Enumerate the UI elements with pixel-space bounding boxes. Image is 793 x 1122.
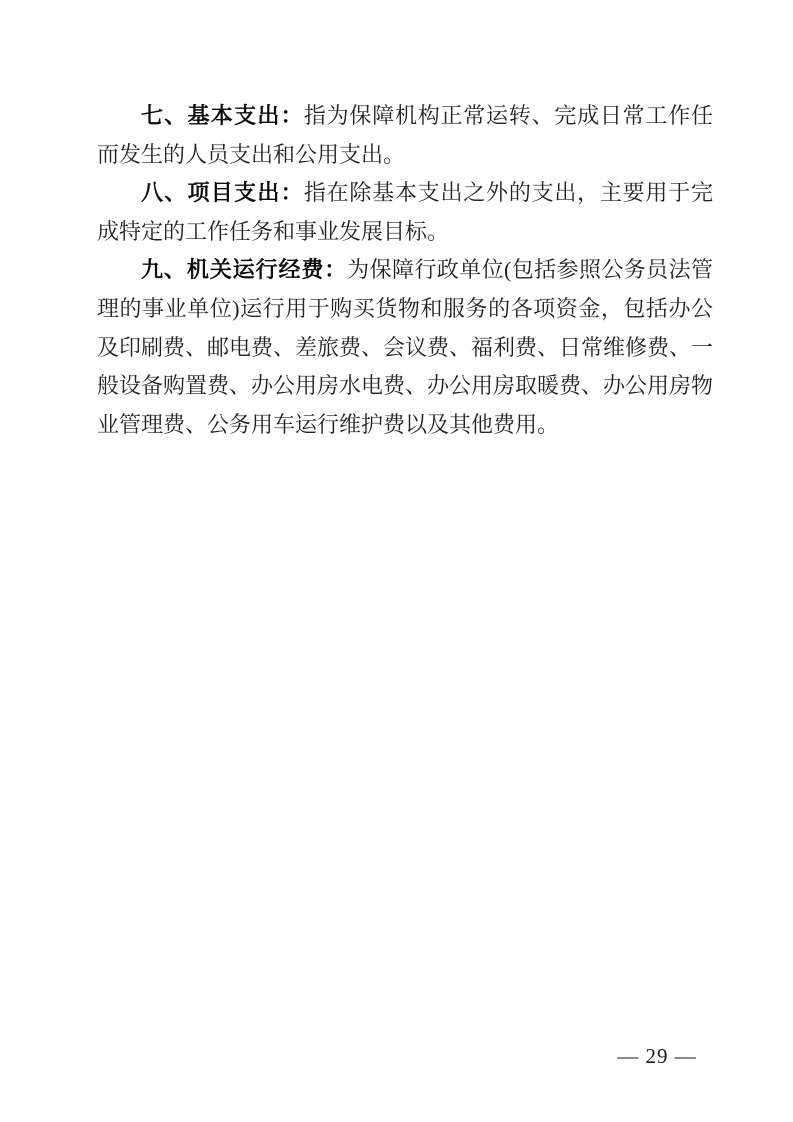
paragraph-heading: 九、机关运行经费： bbox=[141, 257, 347, 282]
paragraph-project-expenditure: 八、项目支出：指在除基本支出之外的支出，主要用于完成特定的工作任务和事业发展目标… bbox=[97, 174, 713, 251]
paragraph-basic-expenditure: 七、基本支出：指为保障机构正常运转、完成日常工作任而发生的人员支出和公用支出。 bbox=[97, 97, 713, 174]
paragraph-agency-operating-funds: 九、机关运行经费：为保障行政单位(包括参照公务员法管理的事业单位)运行用于购买货… bbox=[97, 251, 713, 444]
page-number: — 29 — bbox=[607, 1044, 707, 1069]
paragraph-text: 为保障行政单位(包括参照公务员法管理的事业单位)运行用于购买货物和服务的各项资金… bbox=[97, 257, 713, 436]
paragraph-heading: 七、基本支出： bbox=[141, 103, 304, 128]
document-page: 七、基本支出：指为保障机构正常运转、完成日常工作任而发生的人员支出和公用支出。 … bbox=[0, 0, 793, 1122]
paragraph-heading: 八、项目支出： bbox=[141, 180, 304, 205]
document-body: 七、基本支出：指为保障机构正常运转、完成日常工作任而发生的人员支出和公用支出。 … bbox=[97, 97, 713, 444]
